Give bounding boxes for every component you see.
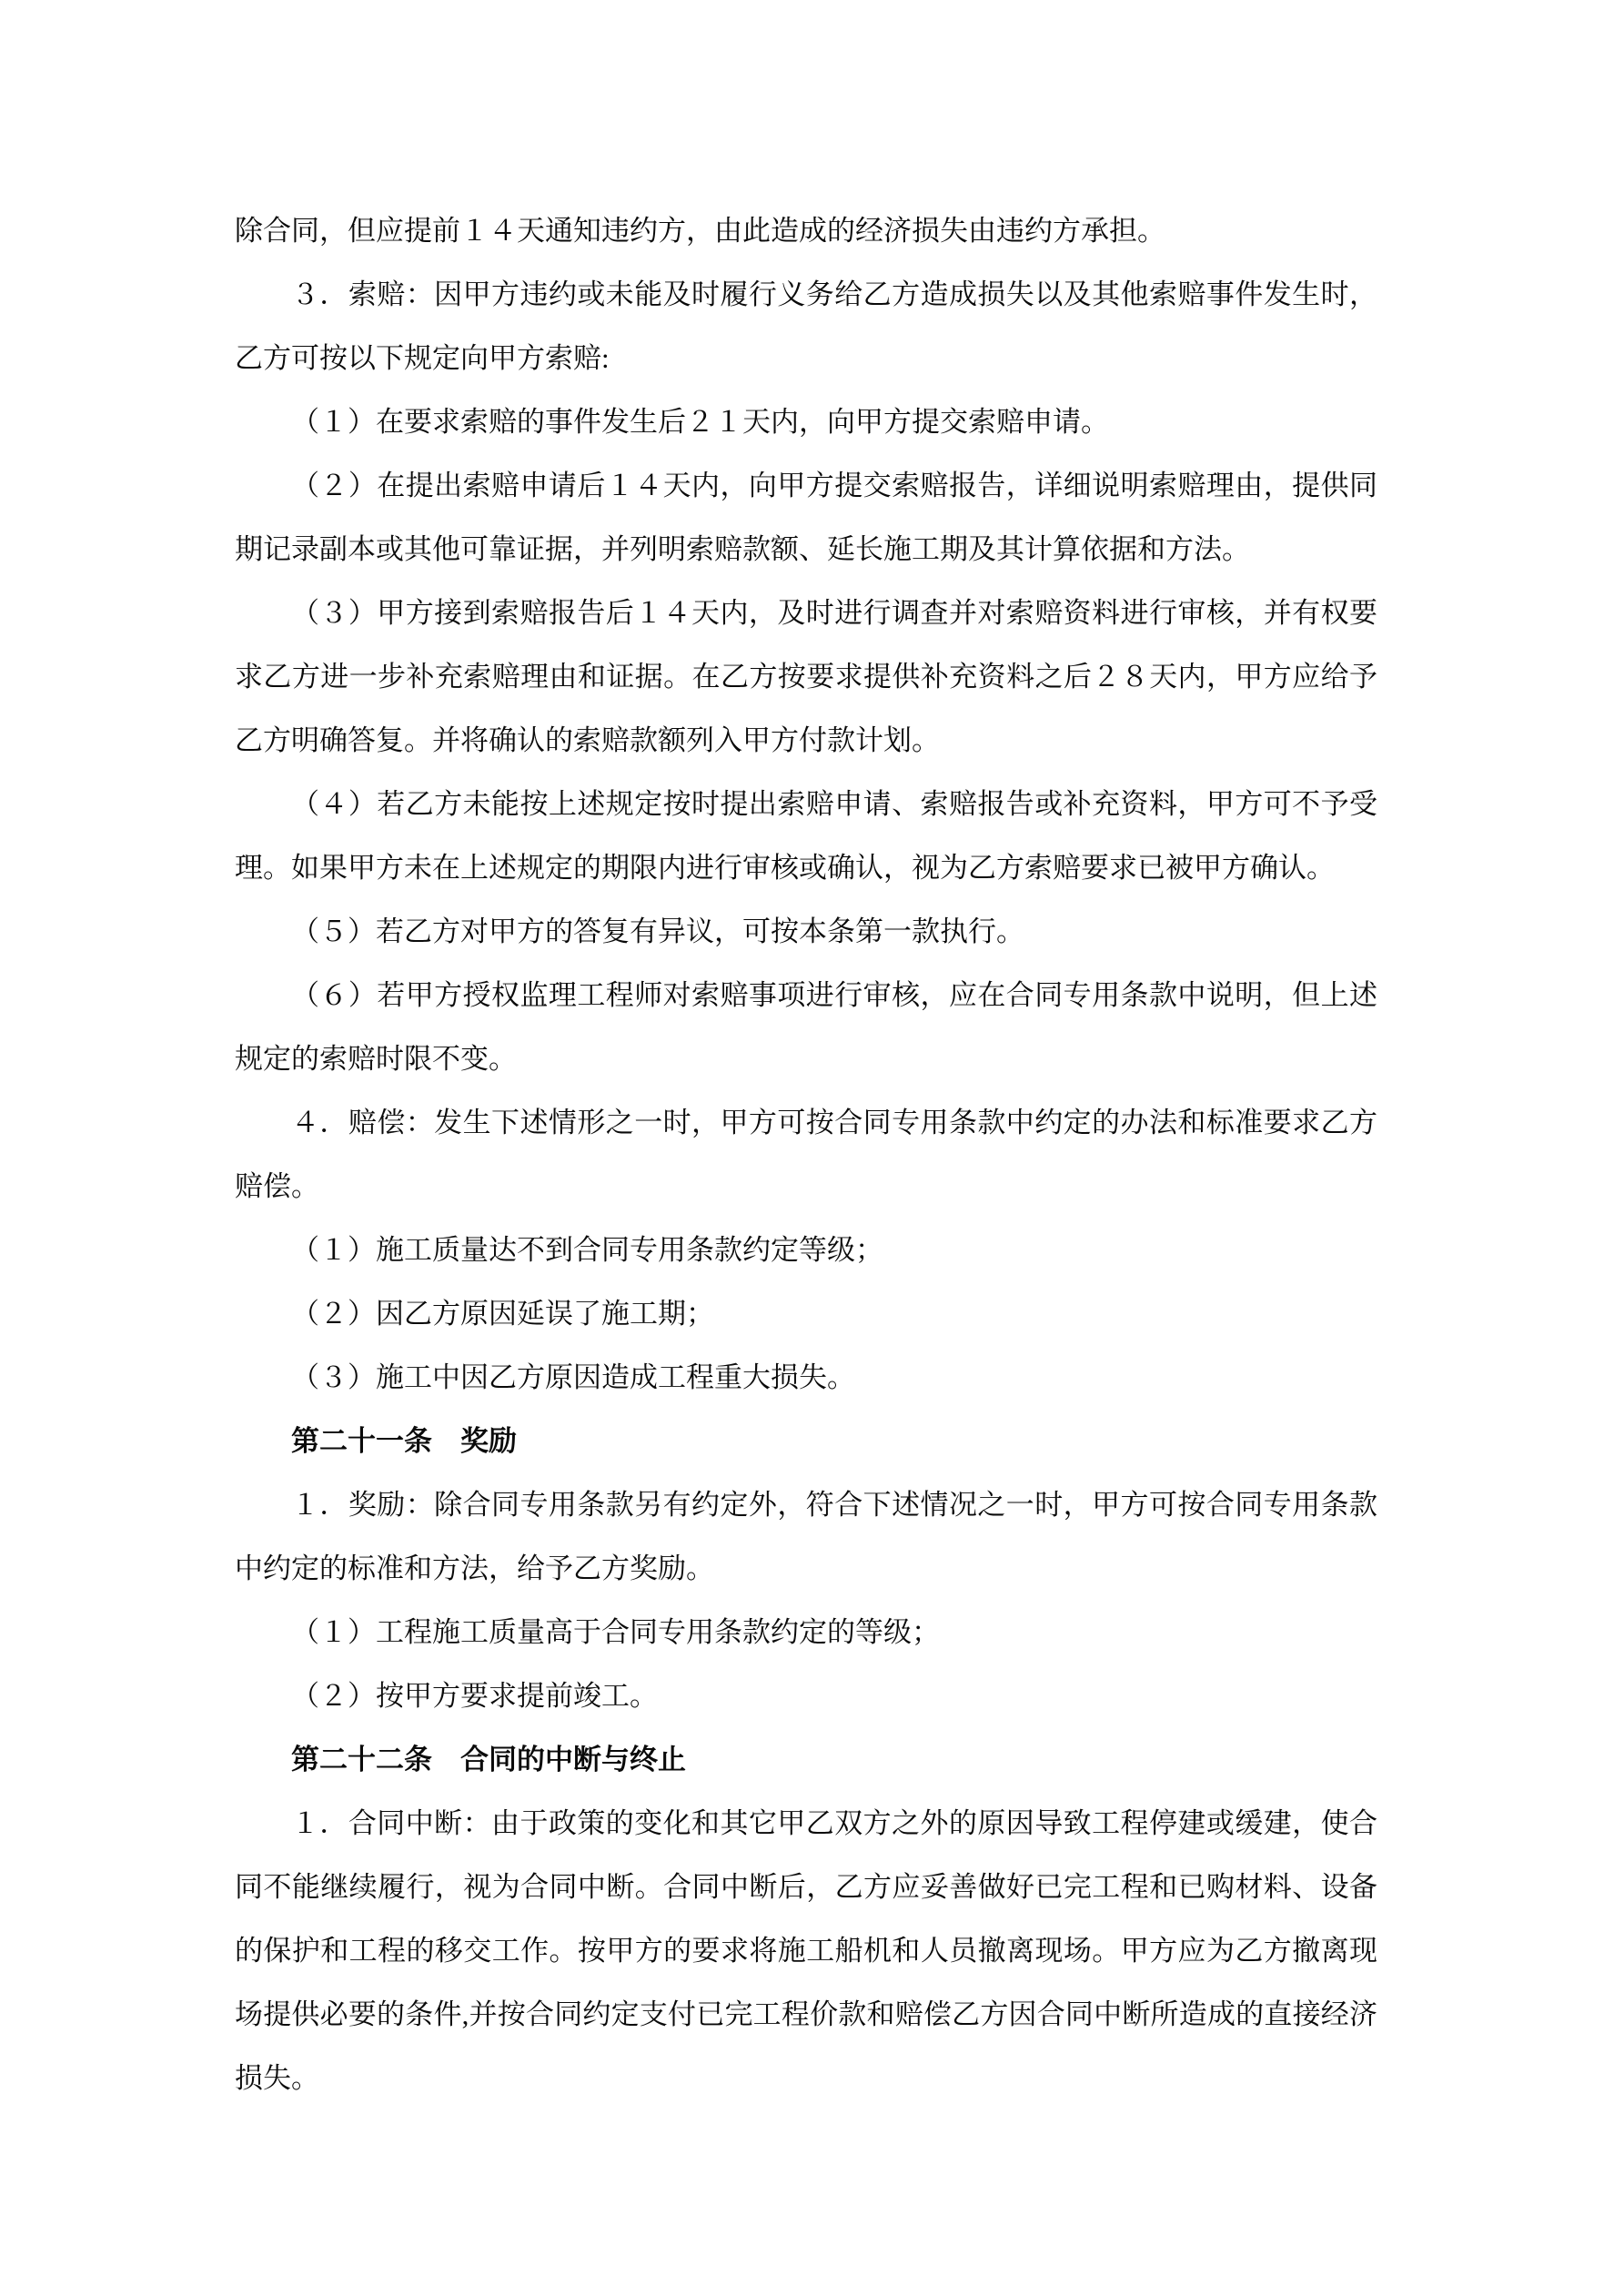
paragraph: （３）甲方接到索赔报告后１４天内，及时进行调查并对索赔资料进行审核，并有权要求乙… [235,582,1377,773]
paragraph: （５）若乙方对甲方的答复有异议，可按本条第一款执行。 [235,900,1377,964]
paragraph: （１）工程施工质量高于合同专用条款约定的等级； [235,1601,1377,1664]
paragraph: （２）按甲方要求提前竣工。 [235,1664,1377,1728]
paragraph: （２）在提出索赔申请后１４天内，向甲方提交索赔报告，详细说明索赔理由，提供同期记… [235,454,1377,582]
paragraph: 除合同，但应提前１４天通知违约方，由此造成的经济损失由违约方承担。 [235,199,1377,263]
paragraph: １．奖励：除合同专用条款另有约定外，符合下述情况之一时，甲方可按合同专用条款中约… [235,1473,1377,1601]
paragraph: （２）因乙方原因延误了施工期； [235,1282,1377,1346]
paragraph: ３．索赔：因甲方违约或未能及时履行义务给乙方造成损失以及其他索赔事件发生时，乙方… [235,263,1377,390]
document-body: 除合同，但应提前１４天通知违约方，由此造成的经济损失由违约方承担。３．索赔：因甲… [235,199,1377,2110]
paragraph: １．合同中断：由于政策的变化和其它甲乙双方之外的原因导致工程停建或缓建，使合同不… [235,1792,1377,2110]
document-page: 除合同，但应提前１４天通知违约方，由此造成的经济损失由违约方承担。３．索赔：因甲… [0,0,1624,2296]
paragraph: （１）施工质量达不到合同专用条款约定等级； [235,1219,1377,1282]
section-heading: 第二十二条 合同的中断与终止 [235,1728,1377,1792]
section-heading: 第二十一条 奖励 [235,1410,1377,1473]
paragraph: （３）施工中因乙方原因造成工程重大损失。 [235,1346,1377,1410]
paragraph: （４）若乙方未能按上述规定按时提出索赔申请、索赔报告或补充资料，甲方可不予受理。… [235,773,1377,900]
paragraph: （１）在要求索赔的事件发生后２１天内，向甲方提交索赔申请。 [235,390,1377,454]
paragraph: ４．赔偿：发生下述情形之一时，甲方可按合同专用条款中约定的办法和标准要求乙方赔偿… [235,1091,1377,1219]
paragraph: （６）若甲方授权监理工程师对索赔事项进行审核，应在合同专用条款中说明，但上述规定… [235,964,1377,1091]
